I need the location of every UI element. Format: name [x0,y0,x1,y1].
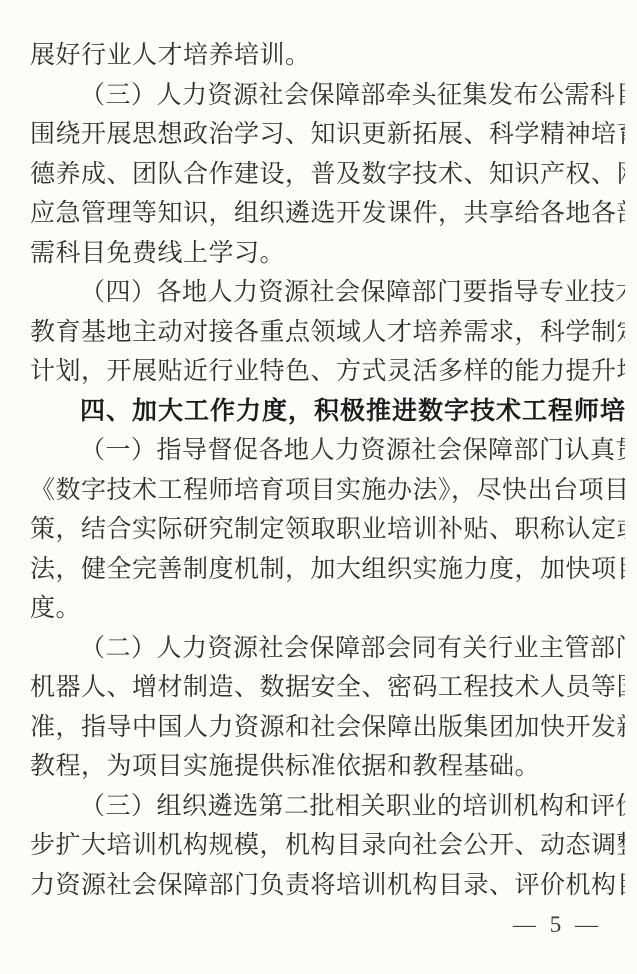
section-heading: 四、加大工作力度，积极推进数字技术工程师培育项目 [30,392,625,432]
paragraph-line: 德养成、团队合作建设，普及数字技术、知识产权、网络安全、 [30,155,625,195]
paragraph-line: 教程，为项目实施提供标准依据和教程基础。 [30,747,625,787]
paragraph-line: 步扩大培训机构规模，机构目录向社会公开、动态调整。各地人 [30,826,625,866]
paragraph-line: 机器人、增材制造、数据安全、密码工程技术人员等国家职业标 [30,668,625,708]
paragraph-line: 应急管理等知识，组织遴选开发课件，共享给各地各部门开展公 [30,194,625,234]
document-page: 展好行业人才培养培训。 （三）人力资源社会保障部牵头征集发布公需科目参考目录， … [0,0,637,974]
paragraph-line: （一）指导督促各地人力资源社会保障部门认真贯彻落实 [30,431,625,471]
paragraph-line: 准，指导中国人力资源和社会保障出版集团加快开发新职业培训 [30,708,625,748]
document-body: 展好行业人才培养培训。 （三）人力资源社会保障部牵头征集发布公需科目参考目录， … [30,36,625,905]
paragraph-line: （三）人力资源社会保障部牵头征集发布公需科目参考目录， [30,76,625,116]
paragraph-line: 围绕开展思想政治学习、知识更新拓展、科学精神培育、职业道 [30,115,625,155]
paragraph-line: 策，结合实际研究制定领取职业培训补贴、职称认定或衔接办 [30,510,625,550]
paragraph-line: 计划，开展贴近行业特色、方式灵活多样的能力提升培训活动。 [30,352,625,392]
paragraph-line: 展好行业人才培养培训。 [30,36,625,76]
paragraph-line: 力资源社会保障部门负责将培训机构目录、评价机构目录等信息 [30,866,625,906]
paragraph-line: 度。 [30,589,625,629]
paragraph-line: （二）人力资源社会保障部会同有关行业主管部门制定颁布 [30,629,625,669]
paragraph-line: 法，健全完善制度机制，加大组织实施力度，加快项目实施进 [30,550,625,590]
paragraph-line: 教育基地主动对接各重点领域人才培养需求，科学制定年度任务 [30,313,625,353]
page-number: — 5 — [513,912,602,938]
paragraph-line: （三）组织遴选第二批相关职业的培训机构和评价机构，逐 [30,787,625,827]
paragraph-line: 需科目免费线上学习。 [30,234,625,274]
paragraph-line: （四）各地人力资源社会保障部门要指导专业技术人员继续 [30,273,625,313]
paragraph-line: 《数字技术工程师培育项目实施办法》，尽快出台项目配套支持政 [30,471,625,511]
